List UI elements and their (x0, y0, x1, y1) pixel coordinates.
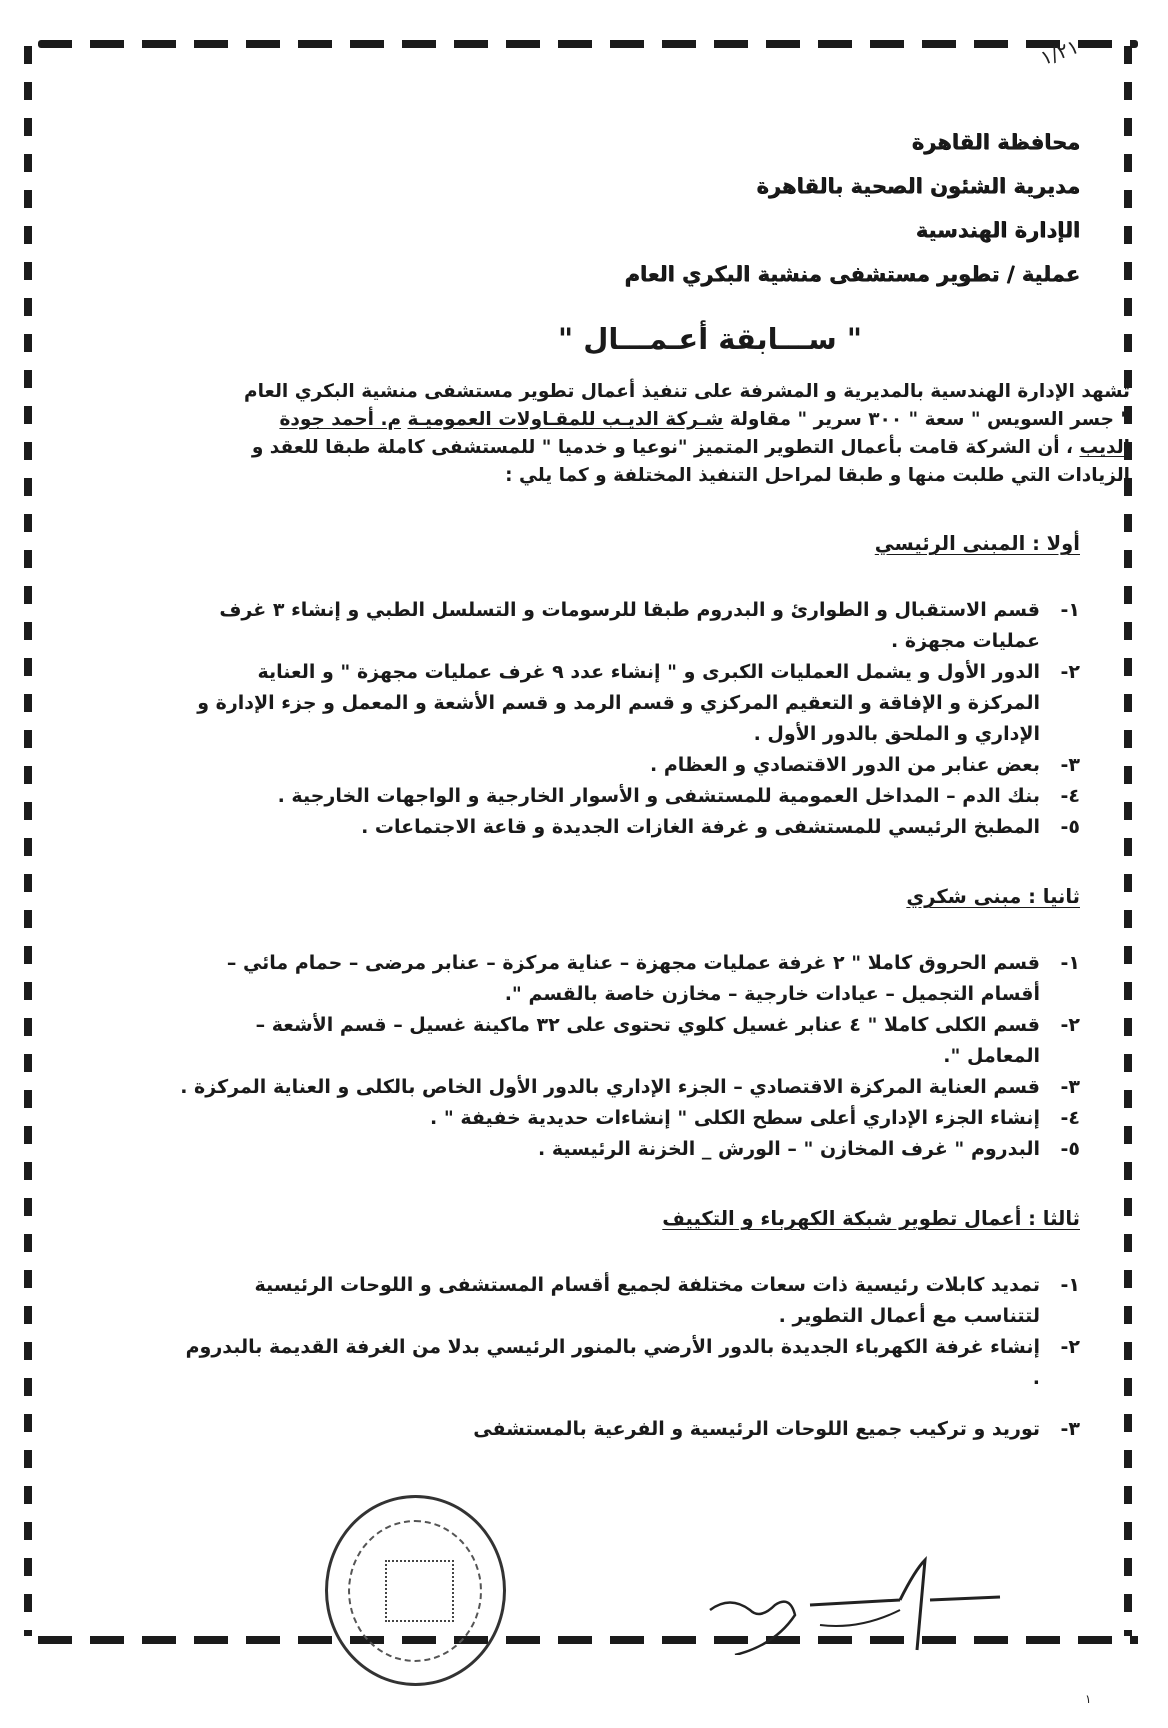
list-item: ٥-المطبخ الرئيسي للمستشفى و غرفة الغازات… (180, 812, 1080, 843)
company-name: شـركة الديـب للمقـاولات العموميـة (407, 409, 723, 430)
item-number: ١- (1040, 595, 1080, 657)
item-text: قسم الحروق كاملا " ٢ غرفة عمليات مجهزة –… (180, 948, 1040, 1010)
list-item: ١-قسم الحروق كاملا " ٢ غرفة عمليات مجهزة… (180, 948, 1080, 1010)
list-item: ١-قسم الاستقبال و الطوارئ و البدروم طبقا… (180, 595, 1080, 657)
item-text: توريد و تركيب جميع اللوحات الرئيسية و ال… (180, 1414, 1040, 1445)
list-item: ٤-إنشاء الجزء الإداري أعلى سطح الكلى " إ… (180, 1103, 1080, 1134)
list-item: ٥-البدروم " غرف المخازن " – الورش _ الخز… (180, 1134, 1080, 1165)
item-number: ٢- (1040, 657, 1080, 750)
item-number: ٣- (1040, 1072, 1080, 1103)
section-heading: ثانيا : مبنى شكري (180, 885, 1080, 908)
stamp-emblem-icon (385, 1560, 454, 1622)
item-number: ٥- (1040, 1134, 1080, 1165)
intro-paragraph: تشهد الإدارة الهندسية بالمديرية و المشرف… (230, 378, 1130, 490)
dashed-border-top (38, 40, 1138, 48)
item-text: قسم الاستقبال و الطوارئ و البدروم طبقا ل… (180, 595, 1040, 657)
intro-text-3: ، أن الشركة قامت بأعمال التطوير المتميز … (252, 437, 1130, 486)
list-item: ٢-الدور الأول و يشمل العمليات الكبرى و "… (180, 657, 1080, 750)
header-directorate: مديرية الشئون الصحية بالقاهرة (180, 164, 1080, 208)
page-number: ١ (1085, 1692, 1091, 1706)
section-heading: ثالثا : أعمال تطوير شبكة الكهرباء و التك… (180, 1207, 1080, 1230)
document-title: " ســـابقة أعـمـــال " (180, 322, 1080, 356)
dashed-border-right (1124, 46, 1132, 1636)
header-governorate: محافظة القاهرة (180, 120, 1080, 164)
item-list: ١-قسم الاستقبال و الطوارئ و البدروم طبقا… (180, 595, 1080, 843)
list-item: ٢-إنشاء غرفة الكهرباء الجديدة بالدور الأ… (180, 1332, 1080, 1394)
item-text: قسم العناية المركزة الاقتصادي – الجزء ال… (180, 1072, 1040, 1103)
item-number: ٣- (1040, 750, 1080, 781)
item-number: ١- (1040, 1270, 1080, 1332)
item-text: بعض عنابر من الدور الاقتصادي و العظام . (180, 750, 1040, 781)
item-number: ٣- (1040, 1414, 1080, 1445)
item-text: الدور الأول و يشمل العمليات الكبرى و " إ… (180, 657, 1040, 750)
item-list: ١-قسم الحروق كاملا " ٢ غرفة عمليات مجهزة… (180, 948, 1080, 1165)
section-heading: أولا : المبنى الرئيسي (180, 532, 1080, 555)
document-body: محافظة القاهرة مديرية الشئون الصحية بالق… (180, 120, 1080, 1445)
item-text: بنك الدم – المداخل العمومية للمستشفى و ا… (180, 781, 1040, 812)
item-text: إنشاء غرفة الكهرباء الجديدة بالدور الأرض… (180, 1332, 1040, 1394)
item-number: ٢- (1040, 1332, 1080, 1394)
signature-icon (700, 1555, 1010, 1655)
item-number: ١- (1040, 948, 1080, 1010)
item-list: ١-تمديد كابلات رئيسية ذات سعات مختلفة لج… (180, 1270, 1080, 1445)
item-number: ٢- (1040, 1010, 1080, 1072)
list-item: ١-تمديد كابلات رئيسية ذات سعات مختلفة لج… (180, 1270, 1080, 1332)
item-text: قسم الكلى كاملا " ٤ عنابر غسيل كلوي تحتو… (180, 1010, 1040, 1072)
list-item: ٢-قسم الكلى كاملا " ٤ عنابر غسيل كلوي تح… (180, 1010, 1080, 1072)
dashed-border-left (24, 46, 32, 1636)
list-item: ٤-بنك الدم – المداخل العمومية للمستشفى و… (180, 781, 1080, 812)
item-number: ٥- (1040, 812, 1080, 843)
section-shukri-building: ثانيا : مبنى شكري ١-قسم الحروق كاملا " ٢… (180, 885, 1080, 1165)
list-item: ٣-قسم العناية المركزة الاقتصادي – الجزء … (180, 1072, 1080, 1103)
header-project: عملية / تطوير مستشفى منشية البكري العام (180, 252, 1080, 296)
item-text: إنشاء الجزء الإداري أعلى سطح الكلى " إنش… (180, 1103, 1040, 1134)
section-main-building: أولا : المبنى الرئيسي ١-قسم الاستقبال و … (180, 532, 1080, 843)
item-number: ٤- (1040, 781, 1080, 812)
item-text: المطبخ الرئيسي للمستشفى و غرفة الغازات ا… (180, 812, 1040, 843)
list-item: ٣-توريد و تركيب جميع اللوحات الرئيسية و … (180, 1414, 1080, 1445)
item-text: البدروم " غرف المخازن " – الورش _ الخزنة… (180, 1134, 1040, 1165)
item-number: ٤- (1040, 1103, 1080, 1134)
item-text: تمديد كابلات رئيسية ذات سعات مختلفة لجمي… (180, 1270, 1040, 1332)
letterhead: محافظة القاهرة مديرية الشئون الصحية بالق… (180, 120, 1080, 296)
list-item: ٣-بعض عنابر من الدور الاقتصادي و العظام … (180, 750, 1080, 781)
header-department: الإدارة الهندسية (180, 208, 1080, 252)
section-electrical-network: ثالثا : أعمال تطوير شبكة الكهرباء و التك… (180, 1207, 1080, 1445)
